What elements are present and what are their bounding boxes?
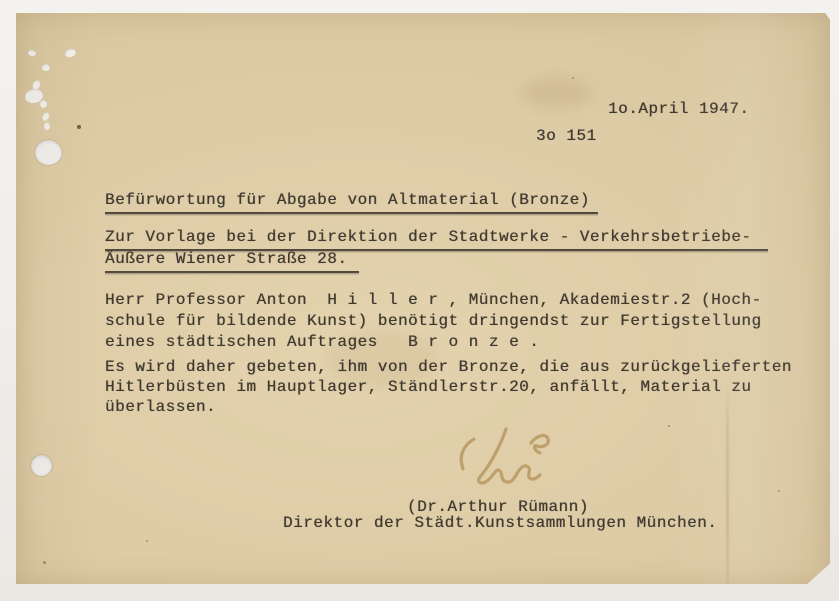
body-paragraph-2: Es wird daher gebeten, ihm von der Bronz… bbox=[105, 357, 792, 417]
body-line: überlassen. bbox=[105, 397, 792, 417]
punch-hole bbox=[35, 140, 62, 165]
address-text-2: Äußere Wiener Straße 28. bbox=[105, 249, 359, 273]
ink-speck bbox=[778, 490, 780, 492]
body-line: eines städtischen Auftrages B r o n z e … bbox=[105, 332, 762, 353]
ink-speck bbox=[668, 425, 670, 427]
paper-tear bbox=[41, 111, 51, 122]
scanned-letter-photo: 1o.April 1947. 3o 151 Befürwortung für A… bbox=[0, 0, 839, 601]
ink-speck bbox=[43, 561, 46, 564]
file-number: 3o 151 bbox=[536, 126, 597, 146]
handwritten-signature-icon bbox=[436, 421, 586, 501]
address-line-2: Äußere Wiener Straße 28. bbox=[105, 249, 359, 273]
paper-tear bbox=[44, 122, 50, 130]
body-line: Herr Professor Anton H i l l e r , Münch… bbox=[105, 290, 762, 311]
address-line-1: Zur Vorlage bei der Direktion der Stadtw… bbox=[105, 227, 768, 251]
paper-tear bbox=[64, 47, 77, 58]
signer-title: Direktor der Städt.Kunstsammlungen Münch… bbox=[283, 513, 717, 533]
subject-line: Befürwortung für Abgabe von Altmaterial … bbox=[105, 190, 598, 214]
date-line: 1o.April 1947. bbox=[608, 99, 749, 119]
letter-paper: 1o.April 1947. 3o 151 Befürwortung für A… bbox=[16, 13, 830, 584]
punch-hole bbox=[31, 455, 52, 476]
subject-text: Befürwortung für Abgabe von Altmaterial … bbox=[105, 190, 598, 214]
address-text-1: Zur Vorlage bei der Direktion der Stadtw… bbox=[105, 227, 768, 251]
body-line: Hitlerbüsten im Hauptlager, Ständlerstr.… bbox=[105, 377, 792, 397]
ink-speck bbox=[146, 540, 148, 542]
paper-stain bbox=[521, 78, 591, 108]
paper-tear bbox=[40, 100, 47, 108]
ink-speck bbox=[572, 77, 574, 79]
body-line: schule für bildende Kunst) benötigt drin… bbox=[105, 311, 762, 332]
body-paragraph-1: Herr Professor Anton H i l l e r , Münch… bbox=[105, 290, 762, 353]
body-line: Es wird daher gebeten, ihm von der Bronz… bbox=[105, 357, 792, 377]
paper-tear bbox=[42, 64, 50, 71]
paper-tear bbox=[27, 49, 36, 57]
ink-speck bbox=[77, 125, 81, 129]
